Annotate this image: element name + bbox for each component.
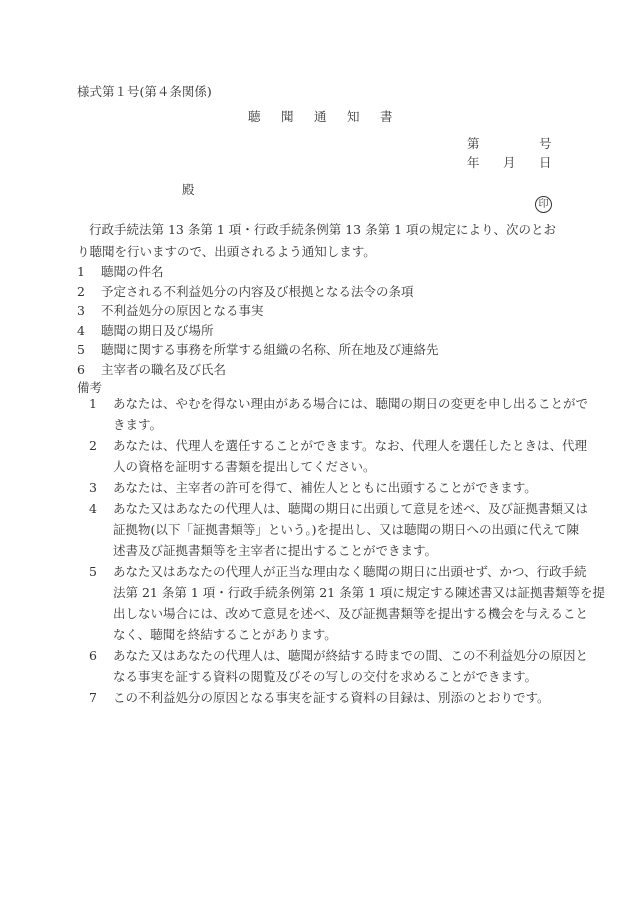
list-item: 4聴聞の期日及び場所 [77, 321, 557, 341]
date-month: 月 [503, 152, 516, 174]
note-item: 4 あなた又はあなたの代理人は、聴聞の期日に出頭して意見を述べ、及び証拠書類又は… [89, 498, 557, 561]
list-item: 1聴聞の件名 [77, 262, 557, 282]
title-char: 聴 [248, 106, 281, 128]
note-item: 5 あなた又はあなたの代理人が正当な理由なく聴聞の期日に出頭せず、かつ、行政手続… [89, 561, 557, 645]
note-item: 3 あなたは、主宰者の許可を得て、補佐人とともに出頭することができます。 [89, 477, 557, 498]
title-char: 通 [314, 106, 347, 128]
date-day: 日 [539, 152, 552, 174]
date-year: 年 [467, 152, 480, 174]
list-item: 6主宰者の職名及び氏名 [77, 360, 557, 380]
note-item: 6 あなた又はあなたの代理人は、聴聞が終結する時までの間、この不利益処分の原因と… [89, 645, 557, 687]
item-list: 1聴聞の件名 2予定される不利益処分の内容及び根拠となる法令の条項 3不利益処分… [77, 262, 557, 379]
note-item: 7 この不利益処分の原因となる事実を証する資料の目録は、別添のとおりです。 [89, 687, 557, 708]
list-item: 3不利益処分の原因となる事実 [77, 301, 557, 321]
list-item: 5聴聞に関する事務を所掌する組織の名称、所在地及び連絡先 [77, 340, 557, 360]
form-label: 様式第１号(第４条関係) [77, 81, 212, 103]
seal-icon: 印 [535, 196, 552, 213]
addressee: 殿 [182, 179, 195, 201]
note-item: 1 あなたは、やむを得ない理由がある場合には、聴聞の期日の変更を申し出ることがで… [89, 393, 557, 435]
intro-paragraph: 行政手続法第 13 条第 1 項・行政手続条例第 13 条第 1 項の規定により… [77, 219, 557, 263]
document-title: 聴聞通知書 [248, 106, 413, 128]
title-char: 書 [380, 106, 413, 128]
title-char: 知 [347, 106, 380, 128]
title-char: 聞 [281, 106, 314, 128]
notes-list: 1 あなたは、やむを得ない理由がある場合には、聴聞の期日の変更を申し出ることがで… [89, 393, 557, 708]
list-item: 2予定される不利益処分の内容及び根拠となる法令の条項 [77, 282, 557, 302]
note-item: 2 あなたは、代理人を選任することができます。なお、代理人を選任したときは、代理… [89, 435, 557, 477]
